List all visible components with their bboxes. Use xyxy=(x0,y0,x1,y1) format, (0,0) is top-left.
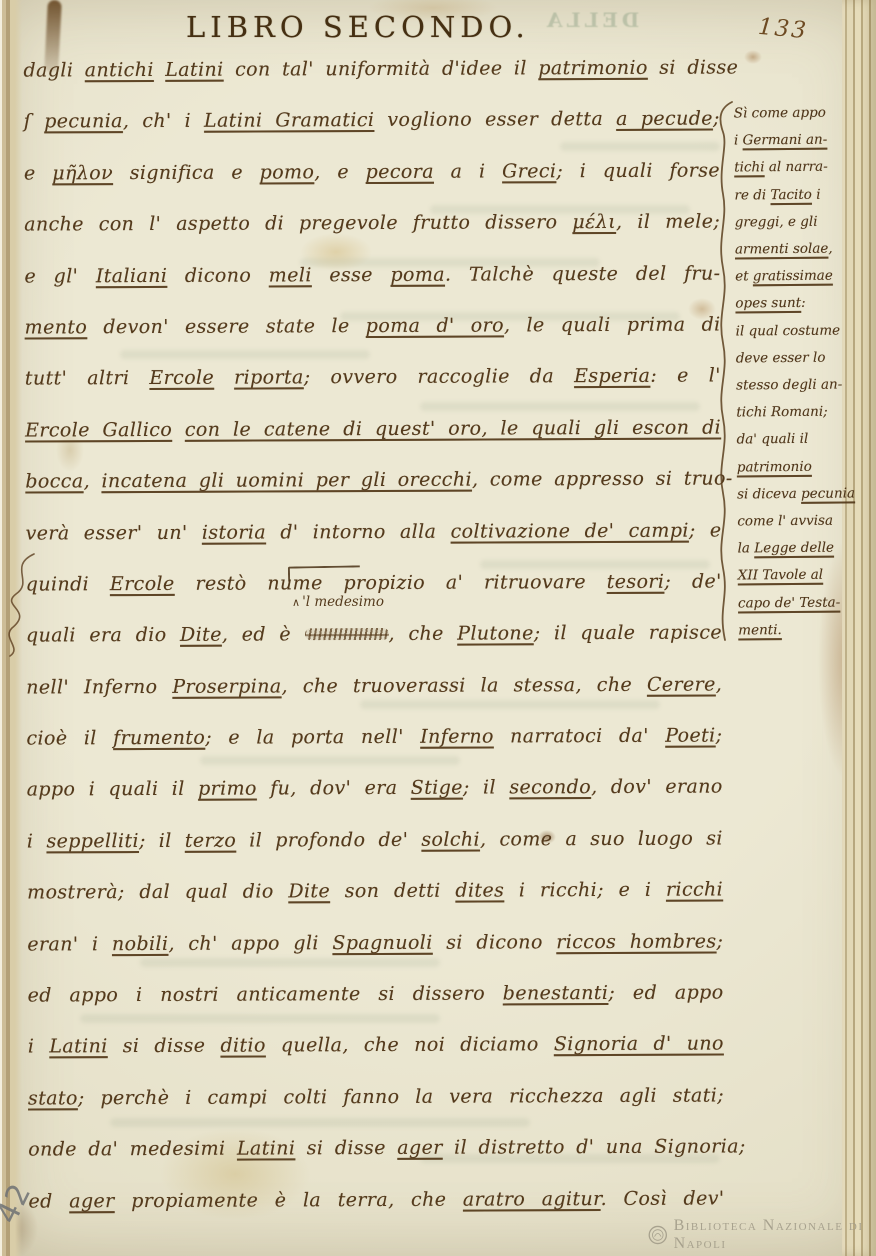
page-title: LIBRO SECONDO. xyxy=(186,10,530,44)
margin-note-line: Sì come appo xyxy=(734,100,842,128)
margin-note-line: il qual costume xyxy=(736,317,844,345)
struck-out-word xyxy=(305,628,389,640)
interlinear-insertion: ∧'l medesimo xyxy=(292,594,384,610)
page-fore-edge xyxy=(842,0,876,1256)
manuscript-line: anche con l' aspetto di pregevole frutto… xyxy=(24,197,720,251)
manuscript-line: eran' i nobili, ch' appo gli Spagnuoli s… xyxy=(27,916,723,970)
margin-note-line: come l' avvisa xyxy=(737,508,845,536)
margin-note-line: greggi, e gli xyxy=(735,208,843,236)
margin-note-line: patrimonio xyxy=(737,453,845,481)
library-stamp: Biblioteca Nazionale di Napoli xyxy=(648,1217,876,1253)
margin-note: Sì come appoi Germani an-tichi al narra-… xyxy=(734,100,847,645)
margin-note-line: deve esser lo xyxy=(736,344,844,372)
manuscript-line: Ercole Gallico con le catene di quest' o… xyxy=(25,402,721,456)
margin-note-line: capo de' Testa- xyxy=(738,589,846,617)
manuscript-page: DELLA LIBRO SECONDO. 133 dagli antichi L… xyxy=(0,0,876,1256)
margin-note-line: tichi al narra- xyxy=(734,154,842,182)
manuscript-line: ed ager propiamente è la terra, che arat… xyxy=(28,1173,724,1227)
verso-bleedthrough-text: DELLA xyxy=(543,8,639,32)
manuscript-line: ſ pecunia, ch' i Latini Gramatici voglio… xyxy=(24,94,720,148)
manuscript-line: nell' Inferno Proserpina, che truoverass… xyxy=(26,659,722,713)
folio-number: 133 xyxy=(757,14,809,44)
manuscript-line: cioè il frumento; e la porta nell' Infer… xyxy=(26,711,722,765)
manuscript-text: dagli antichi Latini con tal' uniformità… xyxy=(23,42,724,1227)
margin-flourish xyxy=(0,548,40,663)
margin-note-line: et gratissimae xyxy=(735,263,843,291)
margin-note-line: armenti solae, xyxy=(735,236,843,264)
manuscript-line: onde da' medesimi Latini si disse ager i… xyxy=(28,1122,724,1176)
manuscript-line: e gl' Italiani dicono meli esse poma. Ta… xyxy=(24,248,720,302)
margin-note-line: menti. xyxy=(738,616,846,644)
manuscript-line: tutt' altri Ercole riporta; ovvero racco… xyxy=(25,351,721,405)
editorial-bracket xyxy=(288,565,360,581)
margin-note-line: tichi Romani; xyxy=(736,399,844,427)
manuscript-line: verà esser' un' istoria d' intorno alla … xyxy=(25,505,721,559)
margin-note-line: la Legge delle xyxy=(737,535,845,563)
caret-mark: ∧ xyxy=(292,596,300,609)
margin-note-line: si diceva pecunia xyxy=(737,480,845,508)
library-stamp-label: Biblioteca Nazionale di Napoli xyxy=(674,1217,876,1253)
margin-note-line: da' quali il xyxy=(736,426,844,454)
margin-note-line: XII Tavole al xyxy=(738,562,846,590)
margin-note-line: i Germani an- xyxy=(734,127,842,155)
manuscript-line: i seppelliti; il terzo il profondo de' s… xyxy=(27,813,723,867)
margin-note-line: stesso degli an- xyxy=(736,372,844,400)
paper-stain xyxy=(744,50,762,64)
manuscript-line: mostrerà; dal qual dio Dite son detti di… xyxy=(27,865,723,919)
manuscript-line: mento devon' essere state le poma d' oro… xyxy=(25,299,721,353)
manuscript-line: bocca, incatena gli uomini per gli orecc… xyxy=(25,454,721,508)
manuscript-line: e μῆλον significa e pomo, e pecora a i G… xyxy=(24,145,720,199)
manuscript-line: appo i quali il primo fu, dov' era Stige… xyxy=(27,762,723,816)
insertion-text: 'l medesimo xyxy=(302,594,384,610)
library-stamp-logo xyxy=(648,1223,668,1247)
margin-note-line: opes sunt: xyxy=(735,290,843,318)
manuscript-line: quali era dio Dite, ed è , che Plutone; … xyxy=(26,608,722,662)
manuscript-line: ed appo i nostri anticamente si dissero … xyxy=(27,968,723,1022)
margin-note-line: re di Tacito i xyxy=(734,181,842,209)
manuscript-line: dagli antichi Latini con tal' uniformità… xyxy=(23,42,719,96)
manuscript-line: i Latini si disse ditio quella, che noi … xyxy=(28,1019,724,1073)
manuscript-line: stato; perchè i campi colti fanno la ver… xyxy=(28,1070,724,1124)
